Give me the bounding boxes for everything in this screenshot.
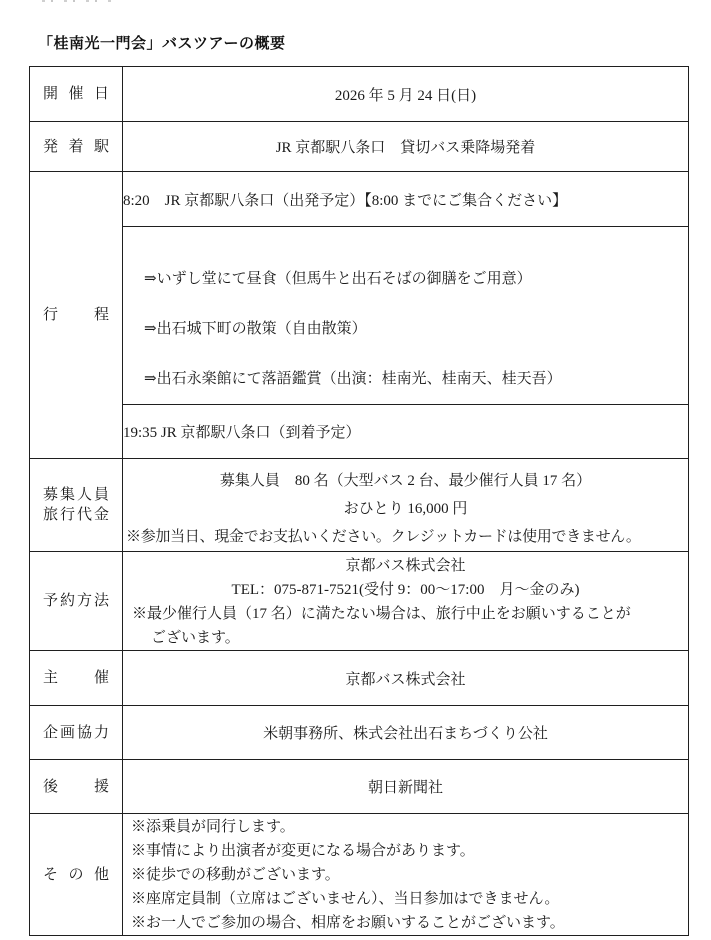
itinerary-stops: ⇒いずし堂にて昼食（但馬牛と出石そばの御膳をご用意） ⇒出石城下町の散策（自由散… (123, 227, 689, 405)
row-value-support: 朝日新聞社 (123, 760, 689, 814)
table-row: 予約方法 京都バス株式会社 TEL：075-871-7521(受付 9：00～1… (30, 552, 689, 651)
table-row: 発着駅 JR 京都駅八条口 貸切バス乗降場発着 (30, 122, 689, 172)
other-note: ※お一人でご参加の場合、相席をお願いすることがございます。 (123, 911, 688, 935)
other-note: ※徒歩での移動がございます。 (123, 863, 688, 887)
itinerary-stop: ⇒出石城下町の散策（自由散策） (144, 304, 688, 354)
reservation-note: ※最少催行人員（17 名）に満たない場合は、旅行中止をお願いすることが (123, 602, 688, 626)
row-label-reservation: 予約方法 (30, 552, 123, 651)
row-label-text: 旅行代金 (30, 505, 122, 525)
document-page: { "page": { "title": "「桂南光一門会」バスツアーの概要" … (0, 0, 711, 940)
table-row: 開催日 2026 年 5 月 24 日(日) (30, 67, 689, 122)
fee-line: おひとり 16,000 円 (123, 495, 688, 523)
row-label-text: 予約方法 (30, 591, 122, 611)
clipped-text-fragment (42, 0, 114, 2)
table-row: 主催 京都バス株式会社 (30, 651, 689, 706)
payment-note: ※参加当日、現金でお支払いください。クレジットカードは使用できません。 (123, 523, 688, 551)
itinerary-stop: ⇒出石永楽館にて落語鑑賞（出演：桂南光、桂南天、桂天吾） (144, 354, 688, 404)
capacity-line: 募集人員 80 名（大型バス 2 台、最少催行人員 17 名） (123, 467, 688, 495)
row-label-text: 発着駅 (30, 137, 122, 157)
reservation-phone: TEL：075-871-7521(受付 9：00～17:00 月～金のみ) (123, 578, 688, 602)
reservation-note-cont: ございます。 (123, 626, 688, 650)
row-value-station: JR 京都駅八条口 貸切バス乗降場発着 (123, 122, 689, 172)
row-label-station: 発着駅 (30, 122, 123, 172)
row-label-other: その他 (30, 814, 123, 936)
row-label-support: 後援 (30, 760, 123, 814)
itinerary-departure: 8:20 JR 京都駅八条口（出発予定）【8:00 までにご集合ください】 (123, 172, 689, 227)
row-label-text: 行程 (30, 305, 122, 325)
table-row: 後援 朝日新聞社 (30, 760, 689, 814)
row-label-planning: 企画協力 (30, 706, 123, 760)
table-row: 行程 8:20 JR 京都駅八条口（出発予定）【8:00 までにご集合ください】 (30, 172, 689, 227)
table-row: 企画協力 米朝事務所、株式会社出石まちづくり公社 (30, 706, 689, 760)
other-note: ※座席定員制（立席はございません）、当日参加はできません。 (123, 887, 688, 911)
row-value-organizer: 京都バス株式会社 (123, 651, 689, 706)
row-label-text: 開催日 (30, 84, 122, 104)
itinerary-stop: ⇒いずし堂にて昼食（但馬牛と出石そばの御膳をご用意） (144, 254, 688, 304)
table-row: その他 ※添乗員が同行します。 ※事情により出演者が変更になる場合があります。 … (30, 814, 689, 936)
page-title: 「桂南光一門会」バスツアーの概要 (38, 32, 286, 53)
other-note: ※添乗員が同行します。 (123, 815, 688, 839)
row-label-text: その他 (30, 865, 122, 885)
row-label-text: 企画協力 (30, 723, 122, 743)
table-row: ⇒いずし堂にて昼食（但馬牛と出石そばの御膳をご用意） ⇒出石城下町の散策（自由散… (30, 227, 689, 405)
table-row: 募集人員 旅行代金 募集人員 80 名（大型バス 2 台、最少催行人員 17 名… (30, 459, 689, 552)
row-label-text: 後援 (30, 777, 122, 797)
row-label-organizer: 主催 (30, 651, 123, 706)
reservation-company: 京都バス株式会社 (123, 554, 688, 578)
row-label-date: 開催日 (30, 67, 123, 122)
row-value-date: 2026 年 5 月 24 日(日) (123, 67, 689, 122)
table-row: 19:35 JR 京都駅八条口（到着予定） (30, 405, 689, 459)
other-note: ※事情により出演者が変更になる場合があります。 (123, 839, 688, 863)
row-value-reservation: 京都バス株式会社 TEL：075-871-7521(受付 9：00～17:00 … (123, 552, 689, 651)
row-label-text: 募集人員 (30, 485, 122, 505)
itinerary-arrival: 19:35 JR 京都駅八条口（到着予定） (123, 405, 689, 459)
row-value-capacity-fee: 募集人員 80 名（大型バス 2 台、最少催行人員 17 名） おひとり 16,… (123, 459, 689, 552)
row-value-other: ※添乗員が同行します。 ※事情により出演者が変更になる場合があります。 ※徒歩で… (123, 814, 689, 936)
row-label-text: 主催 (30, 668, 122, 688)
row-label-itinerary: 行程 (30, 172, 123, 459)
row-label-capacity-fee: 募集人員 旅行代金 (30, 459, 123, 552)
tour-overview-table: 開催日 2026 年 5 月 24 日(日) 発着駅 JR 京都駅八条口 貸切バ… (29, 66, 689, 936)
row-value-planning: 米朝事務所、株式会社出石まちづくり公社 (123, 706, 689, 760)
